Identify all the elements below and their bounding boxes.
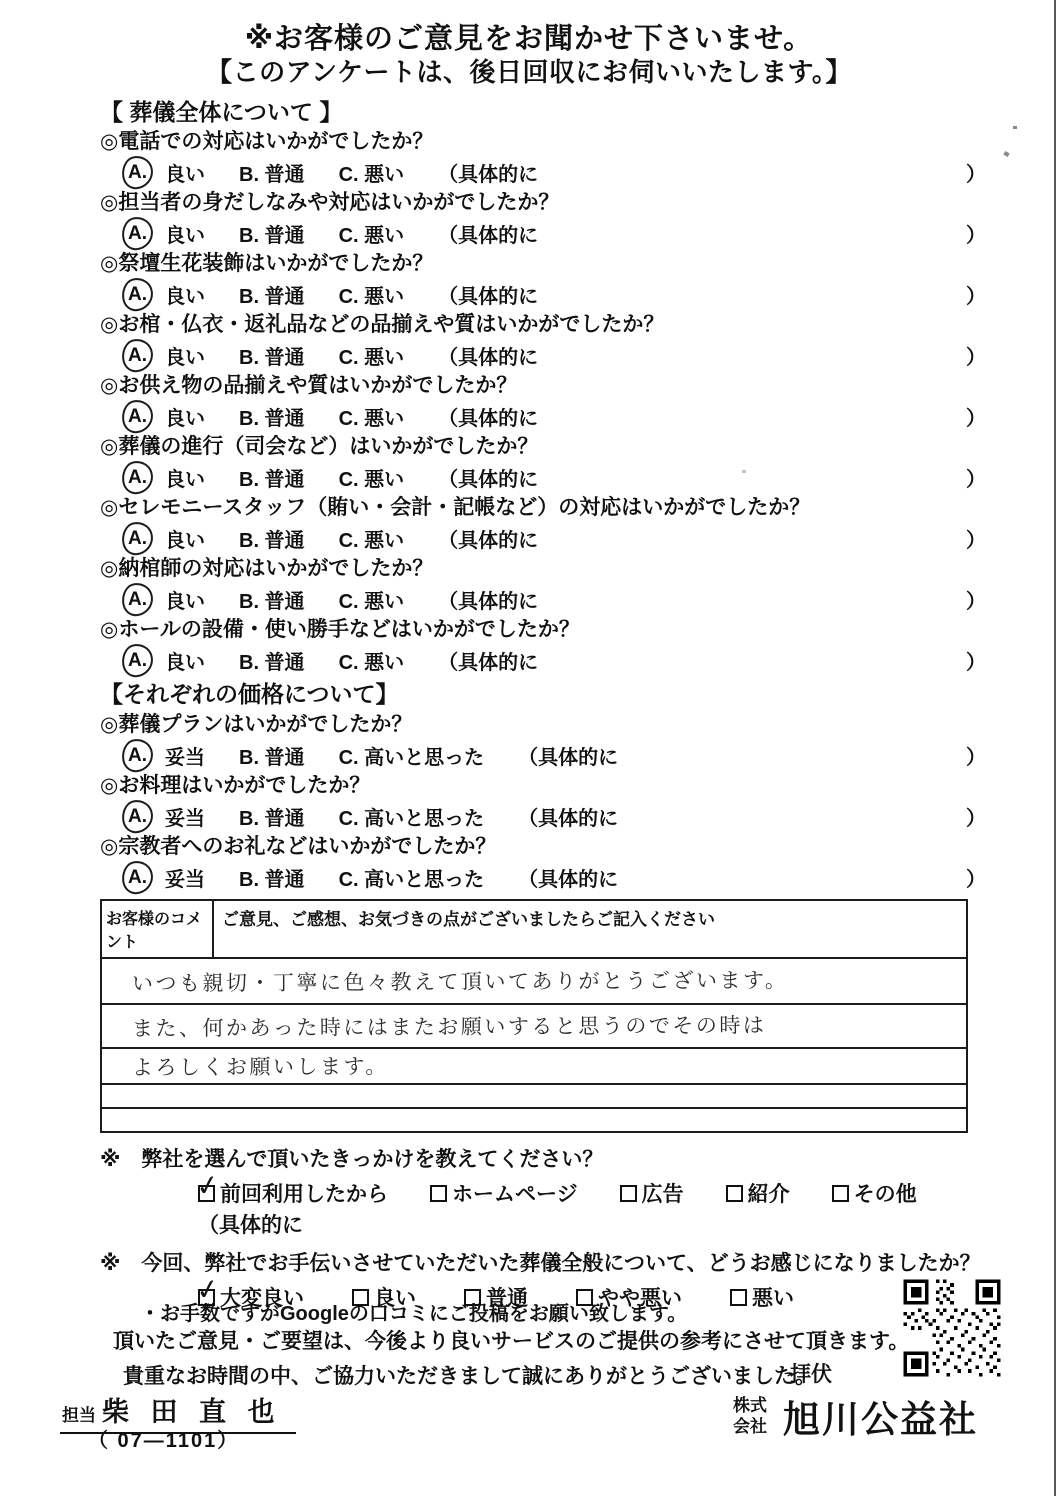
handwritten-circle-answer-a: A. (120, 215, 154, 251)
question-label: ◎電話での対応はいかがでしたか？ (100, 127, 986, 157)
reason-options-row: ✓ 前回利用したから ホームページ 広告 紹介 その他 (198, 1175, 986, 1211)
check-icon: ✓ (194, 1170, 222, 1202)
handwritten-circle-answer-a: A. (120, 337, 154, 373)
option-c: C. 高いと思った (339, 802, 485, 831)
question-label: ◎担当者の身だしなみや対応はいかがでしたか？ (100, 188, 986, 218)
handwritten-circle-answer-a: A. (120, 859, 154, 895)
company-name: 旭川公益社 (783, 1389, 978, 1443)
detail-open-paren: （具体的に (438, 646, 538, 675)
option-c: C. 悪い (339, 158, 405, 187)
company-type-line: 会社 (733, 1416, 767, 1437)
scan-artifact-speck (742, 470, 746, 473)
page-subtitle: 【このアンケートは、後日回収にお伺いいたします。】 (0, 56, 1058, 89)
handwritten-comment-line: また、何かあった時にはまたお願いすると思うのでその時は (102, 1009, 766, 1042)
option-b: B. 普通 (239, 402, 305, 431)
handwritten-circle-answer-a: A. (120, 798, 154, 834)
google-review-note: ・お手数ですがGoogleの口コミにご投稿をお願い致します。 (140, 1297, 687, 1326)
company-type: 株式 会社 (733, 1395, 767, 1437)
detail-close-paren: ） (966, 219, 986, 248)
checkbox-unchecked (832, 1185, 849, 1202)
option-b: B. 普通 (239, 524, 305, 553)
checkbox-checked: ✓ (198, 1185, 215, 1202)
option-a-key: A. (128, 806, 147, 828)
option-b: B. 普通 (239, 646, 305, 675)
company-signature: 株式 会社 旭川公益社 (733, 1389, 978, 1443)
option-a-key: A. (128, 745, 147, 767)
question-label: ◎宗教者へのお礼などはいかがでしたか？ (100, 832, 986, 862)
question-label: ◎ホールの設備・使い勝手などはいかがでしたか？ (100, 615, 986, 645)
reason-question-label: ※ 弊社を選んで頂いたきっかけを教えてください？ (100, 1145, 986, 1175)
detail-close-paren: ） (966, 341, 986, 370)
comment-row-empty (102, 1085, 966, 1109)
answer-row: A. 良い B. 普通 C. 悪い （具体的に ） (122, 218, 986, 249)
company-type-line: 株式 (733, 1395, 767, 1416)
detail-close-paren: ） (966, 158, 986, 187)
page-title: ※お客様のご意見をお聞かせ下さいませ。 (0, 22, 1058, 56)
handwritten-comment-line: よろしくお願いします。 (102, 1050, 389, 1082)
question-label: ◎祭壇生花装飾はいかがでしたか？ (100, 249, 986, 279)
scan-artifact-speck (1013, 126, 1017, 129)
option-a-label: 妥当 (165, 741, 205, 770)
detail-close-paren: ） (966, 463, 986, 492)
option-a-key: A. (128, 162, 147, 184)
closing-salutation: 拝伏 (790, 1358, 832, 1388)
thanks-note: 貴重なお時間の中、ご協力いただきまして誠にありがとうございました。 (123, 1360, 816, 1390)
option-c: C. 悪い (339, 402, 405, 431)
option-b: B. 普通 (239, 585, 305, 614)
question-label: ◎お供え物の品揃えや質はいかがでしたか？ (100, 371, 986, 401)
detail-open-paren: （具体的に (438, 524, 538, 553)
answer-row: A. 良い B. 普通 C. 悪い （具体的に ） (122, 340, 986, 371)
detail-close-paren: ） (966, 802, 986, 831)
option-a-label: 良い (165, 341, 205, 370)
question-block: ◎葬儀の進行（司会など）はいかがでしたか？ A. 良い B. 普通 C. 悪い … (100, 432, 986, 493)
qr-code (898, 1276, 1006, 1380)
checkbox-label: 広告 (642, 1178, 684, 1208)
detail-close-paren: ） (966, 585, 986, 614)
option-b: B. 普通 (239, 341, 305, 370)
option-a-label: 妥当 (165, 802, 205, 831)
option-c: C. 悪い (339, 280, 405, 309)
section-heading-price: 【それぞれの価格について】 (100, 678, 986, 710)
option-b: B. 普通 (239, 863, 305, 892)
option-a-key: A. (128, 589, 147, 611)
checkbox-label: その他 (854, 1178, 917, 1208)
handwritten-circle-answer-a: A. (120, 154, 154, 190)
comment-header-label: お客様のコメント (102, 901, 214, 957)
option-c: C. 悪い (339, 219, 405, 248)
detail-open-paren: （具体的に (438, 463, 538, 492)
handwritten-circle-answer-a: A. (120, 459, 154, 495)
detail-open-paren: （具体的に (438, 280, 538, 309)
service-improvement-note: 頂いたご意見・ご要望は、今後より良いサービスのご提供の参考にさせて頂きます。 (113, 1325, 909, 1355)
option-a-key: A. (128, 867, 147, 889)
option-a-label: 良い (165, 280, 205, 309)
option-b: B. 普通 (239, 219, 305, 248)
answer-row: A. 良い B. 普通 C. 悪い （具体的に ） (122, 279, 986, 310)
handwritten-circle-answer-a: A. (120, 737, 154, 773)
question-label: ◎葬儀の進行（司会など）はいかがでしたか？ (100, 432, 986, 462)
checkbox-unchecked (430, 1185, 447, 1202)
option-a-key: A. (128, 406, 147, 428)
option-a-label: 良い (165, 585, 205, 614)
question-block: ◎セレモニースタッフ（賄い・会計・記帳など）の対応はいかがでしたか？ A. 良い… (100, 493, 986, 554)
detail-open-paren: （具体的に (438, 219, 538, 248)
question-block: ◎お棺・仏衣・返礼品などの品揃えや質はいかがでしたか？ A. 良い B. 普通 … (100, 310, 986, 371)
checkbox-label: 前回利用したから (220, 1178, 388, 1208)
option-a-key: A. (128, 223, 147, 245)
handwritten-circle-answer-a: A. (120, 398, 154, 434)
detail-open-paren: （具体的に (438, 341, 538, 370)
detail-close-paren: ） (966, 280, 986, 309)
option-c: C. 悪い (339, 585, 405, 614)
option-a-label: 良い (165, 463, 205, 492)
detail-close-paren: ） (966, 741, 986, 770)
question-label: ◎葬儀プランはいかがでしたか？ (100, 710, 986, 740)
option-c: C. 高いと思った (339, 863, 485, 892)
option-b: B. 普通 (239, 158, 305, 187)
question-block: ◎ホールの設備・使い勝手などはいかがでしたか？ A. 良い B. 普通 C. 悪… (100, 615, 986, 676)
detail-close-paren: ） (966, 863, 986, 892)
answer-row: A. 妥当 B. 普通 C. 高いと思った （具体的に ） (122, 801, 986, 832)
comment-row: また、何かあった時にはまたお願いすると思うのでその時は (102, 1005, 966, 1049)
handwritten-comment-line: いつも親切・丁寧に色々教えて頂いてありがとうございます。 (102, 964, 788, 998)
option-a-key: A. (128, 650, 147, 672)
detail-close-paren: ） (966, 646, 986, 675)
question-label: ◎お棺・仏衣・返礼品などの品揃えや質はいかがでしたか？ (100, 310, 986, 340)
option-c: C. 悪い (339, 341, 405, 370)
option-a-key: A. (128, 345, 147, 367)
survey-page: ※お客様のご意見をお聞かせ下さいませ。 【このアンケートは、後日回収にお伺いいた… (0, 0, 1058, 1496)
question-label: ◎セレモニースタッフ（賄い・会計・記帳など）の対応はいかがでしたか？ (100, 493, 986, 523)
option-b: B. 普通 (239, 280, 305, 309)
option-a-key: A. (128, 284, 147, 306)
question-block: ◎宗教者へのお礼などはいかがでしたか？ A. 妥当 B. 普通 C. 高いと思っ… (100, 832, 986, 893)
option-c: C. 高いと思った (339, 741, 485, 770)
checkbox-option-homepage: ホームページ (430, 1178, 578, 1208)
comment-row-empty (102, 1109, 966, 1131)
option-a-label: 良い (165, 402, 205, 431)
handwritten-circle-answer-a: A. (120, 642, 154, 678)
detail-open-paren: （具体的に (438, 585, 538, 614)
page-header: ※お客様のご意見をお聞かせ下さいませ。 【このアンケートは、後日回収にお伺いいた… (0, 0, 1058, 89)
option-a-label: 良い (165, 646, 205, 675)
comment-table: お客様のコメント ご意見、ご感想、お気づきの点がございましたらご記入ください い… (100, 899, 968, 1133)
detail-open-paren: （具体的に (438, 402, 538, 431)
checkbox-label: ホームページ (452, 1178, 578, 1208)
checkbox-option-referral: 紹介 (726, 1178, 790, 1208)
detail-close-paren: ） (966, 524, 986, 553)
detail-open-paren: （具体的に (518, 802, 618, 831)
comment-table-header: お客様のコメント ご意見、ご感想、お気づきの点がございましたらご記入ください (102, 901, 966, 959)
question-block: ◎お供え物の品揃えや質はいかがでしたか？ A. 良い B. 普通 C. 悪い （… (100, 371, 986, 432)
option-a-label: 良い (165, 524, 205, 553)
handwritten-circle-answer-a: A. (120, 276, 154, 312)
option-c: C. 悪い (339, 524, 405, 553)
checkbox-option-previous-use: ✓ 前回利用したから (198, 1178, 388, 1208)
checkbox-unchecked (620, 1185, 637, 1202)
checkbox-unchecked (730, 1289, 747, 1306)
answer-row: A. 良い B. 普通 C. 悪い （具体的に ） (122, 157, 986, 188)
option-a-label: 妥当 (165, 863, 205, 892)
answer-row: A. 妥当 B. 普通 C. 高いと思った （具体的に ） (122, 740, 986, 771)
checkbox-label: 悪い (752, 1282, 794, 1312)
answer-row: A. 良い B. 普通 C. 悪い （具体的に ） (122, 584, 986, 615)
question-block: ◎電話での対応はいかがでしたか？ A. 良い B. 普通 C. 悪い （具体的に… (100, 127, 986, 188)
answer-row: A. 良い B. 普通 C. 悪い （具体的に ） (122, 645, 986, 676)
checkbox-option-ad: 広告 (620, 1178, 684, 1208)
scan-artifact-edge-line (1054, 0, 1056, 1496)
detail-open-paren: （具体的に (518, 863, 618, 892)
detail-close-paren: ） (966, 402, 986, 431)
detail-open-paren: （具体的に (518, 741, 618, 770)
option-a-key: A. (128, 467, 147, 489)
handwritten-circle-answer-a: A. (120, 581, 154, 617)
answer-row: A. 妥当 B. 普通 C. 高いと思った （具体的に ） (122, 862, 986, 893)
question-block: ◎お料理はいかがでしたか？ A. 妥当 B. 普通 C. 高いと思った （具体的… (100, 771, 986, 832)
option-a-label: 良い (165, 219, 205, 248)
answer-row: A. 良い B. 普通 C. 悪い （具体的に ） (122, 523, 986, 554)
answer-row: A. 良い B. 普通 C. 悪い （具体的に ） (122, 462, 986, 493)
rating-question-label: ※ 今回、弊社でお手伝いさせていただいた葬儀全般について、どうお感じになりました… (100, 1249, 986, 1279)
checkbox-unchecked (726, 1185, 743, 1202)
option-b: B. 普通 (239, 802, 305, 831)
staff-code: （ 07—1101） (88, 1424, 239, 1453)
option-b: B. 普通 (239, 463, 305, 492)
option-c: C. 悪い (339, 646, 405, 675)
survey-body: 【 葬儀全体について 】 ◎電話での対応はいかがでしたか？ A. 良い B. 普… (0, 97, 1058, 1315)
detail-open-paren: （具体的に (438, 158, 538, 187)
option-a-label: 良い (165, 158, 205, 187)
reason-detail-open-paren: （具体的に (198, 1211, 986, 1241)
option-b: B. 普通 (239, 741, 305, 770)
section-heading-overall: 【 葬儀全体について 】 (100, 97, 986, 127)
comment-row: いつも親切・丁寧に色々教えて頂いてありがとうございます。 (102, 959, 966, 1005)
question-block: ◎祭壇生花装飾はいかがでしたか？ A. 良い B. 普通 C. 悪い （具体的に… (100, 249, 986, 310)
checkbox-option-bad: 悪い (730, 1282, 794, 1312)
answer-row: A. 良い B. 普通 C. 悪い （具体的に ） (122, 401, 986, 432)
question-label: ◎お料理はいかがでしたか？ (100, 771, 986, 801)
question-block: ◎納棺師の対応はいかがでしたか？ A. 良い B. 普通 C. 悪い （具体的に… (100, 554, 986, 615)
option-a-key: A. (128, 528, 147, 550)
comment-header-instruction: ご意見、ご感想、お気づきの点がございましたらご記入ください (214, 901, 966, 957)
question-block: ◎葬儀プランはいかがでしたか？ A. 妥当 B. 普通 C. 高いと思った （具… (100, 710, 986, 771)
checkbox-option-other: その他 (832, 1178, 917, 1208)
comment-row: よろしくお願いします。 (102, 1049, 966, 1085)
checkbox-label: 紹介 (748, 1178, 790, 1208)
option-c: C. 悪い (339, 463, 405, 492)
question-label: ◎納棺師の対応はいかがでしたか？ (100, 554, 986, 584)
handwritten-circle-answer-a: A. (120, 520, 154, 556)
question-block: ◎担当者の身だしなみや対応はいかがでしたか？ A. 良い B. 普通 C. 悪い… (100, 188, 986, 249)
